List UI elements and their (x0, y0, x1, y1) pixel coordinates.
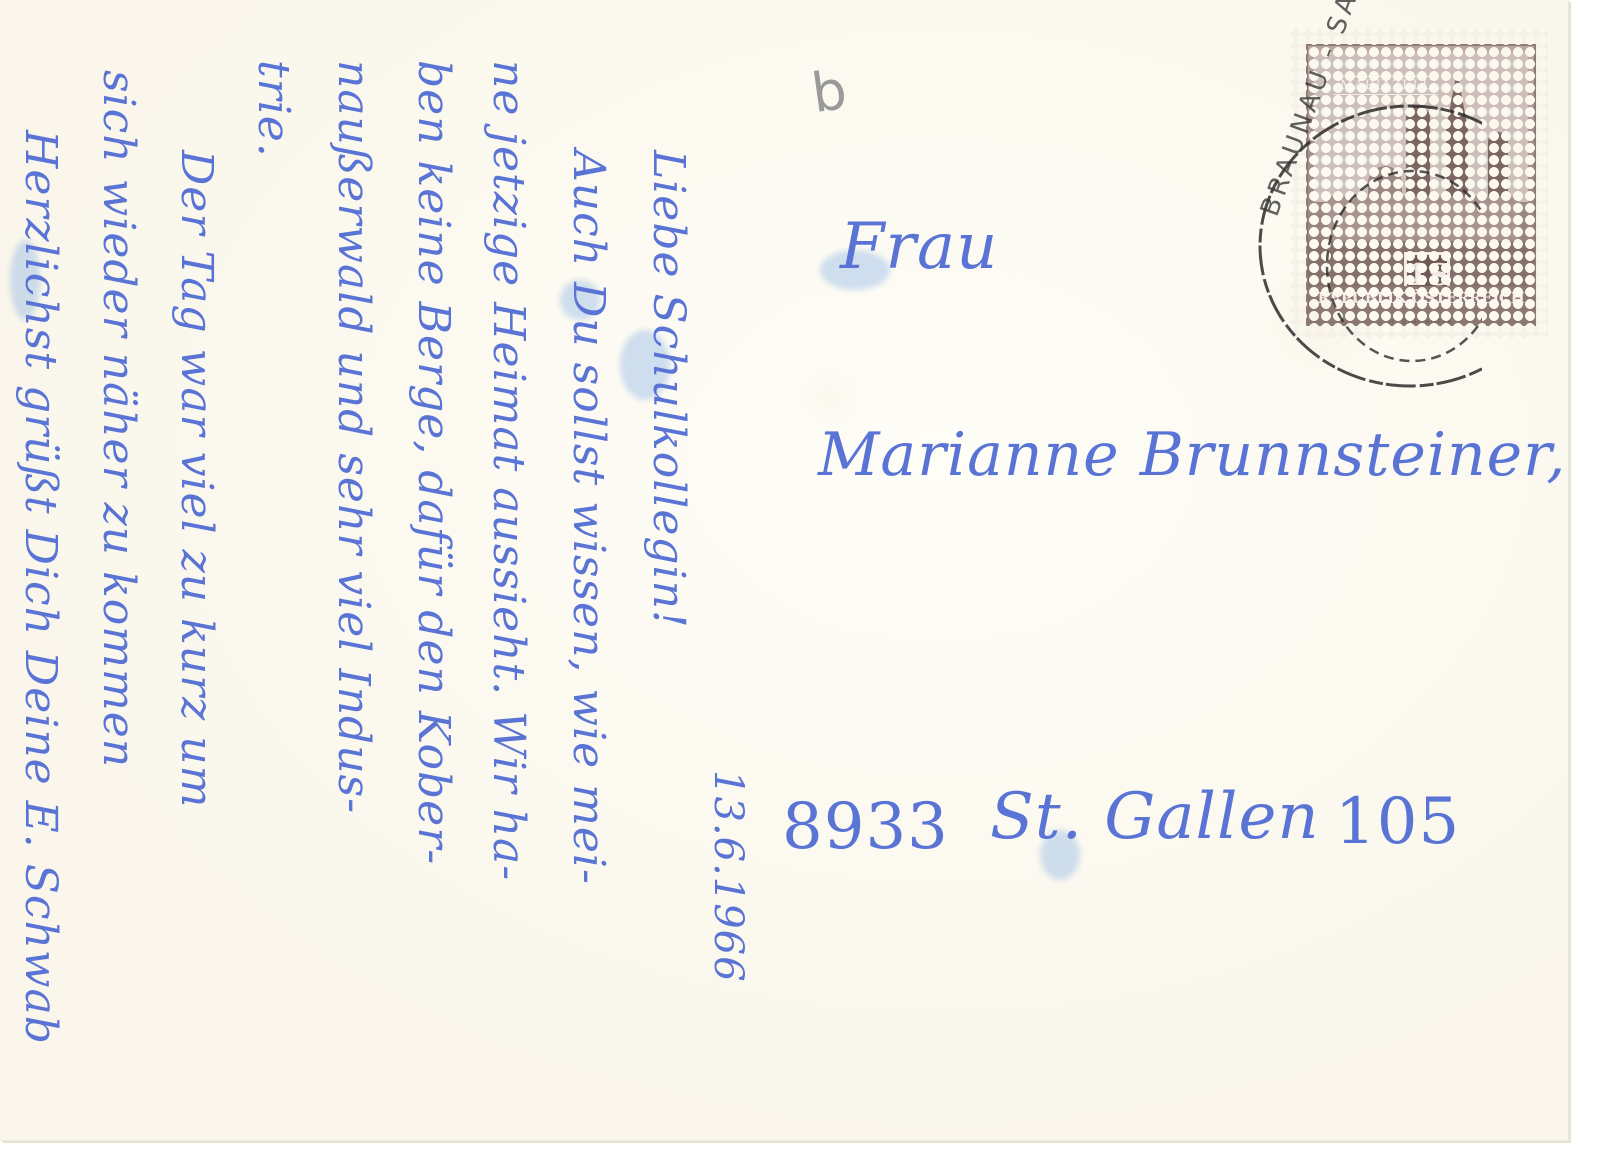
stamp-image: MARIAZELL 1S REPUBLIK ÖSTERREICH H. STRO… (1306, 44, 1536, 326)
message-date: 13.6.1966 (708, 770, 748, 983)
message-line: Liebe Schulkollegin! (646, 150, 690, 629)
message-line: Der Tag war viel zu kurz um (174, 150, 218, 808)
address-house-number: 105 (1335, 785, 1460, 859)
postcard-back: b Liebe Schulkollegin! 13.6.1966 Auch Du… (0, 0, 1569, 1141)
stamp-artist: H. STROHOFER (1308, 318, 1534, 326)
stamp-location-banner: MARIAZELL (1334, 76, 1438, 95)
message-line: Auch Du sollst wissen, wie mei- (566, 150, 610, 885)
pencil-mark: b (808, 58, 851, 125)
address-salutation: Frau (840, 210, 998, 284)
message-line: sich wieder näher zu kommen (96, 70, 140, 768)
message-line: trie. (251, 60, 295, 158)
stamp-country: REPUBLIK ÖSTERREICH (1308, 286, 1534, 310)
address-postal-code: 8933 (782, 790, 949, 864)
message-line: ne jetzige Heimat aussieht. Wir ha- (486, 60, 530, 881)
address-town: St. Gallen (990, 780, 1320, 854)
address-name: Marianne Brunnsteiner, (818, 420, 1566, 490)
basilica-building-icon (1328, 196, 1518, 246)
message-line: ben keine Berge, dafür den Kober- (411, 60, 455, 865)
message-line: Herzlichst grüßt Dich Deine E. Schwab (18, 130, 62, 1045)
message-line: naußerwald und sehr viel Indus- (331, 60, 375, 814)
